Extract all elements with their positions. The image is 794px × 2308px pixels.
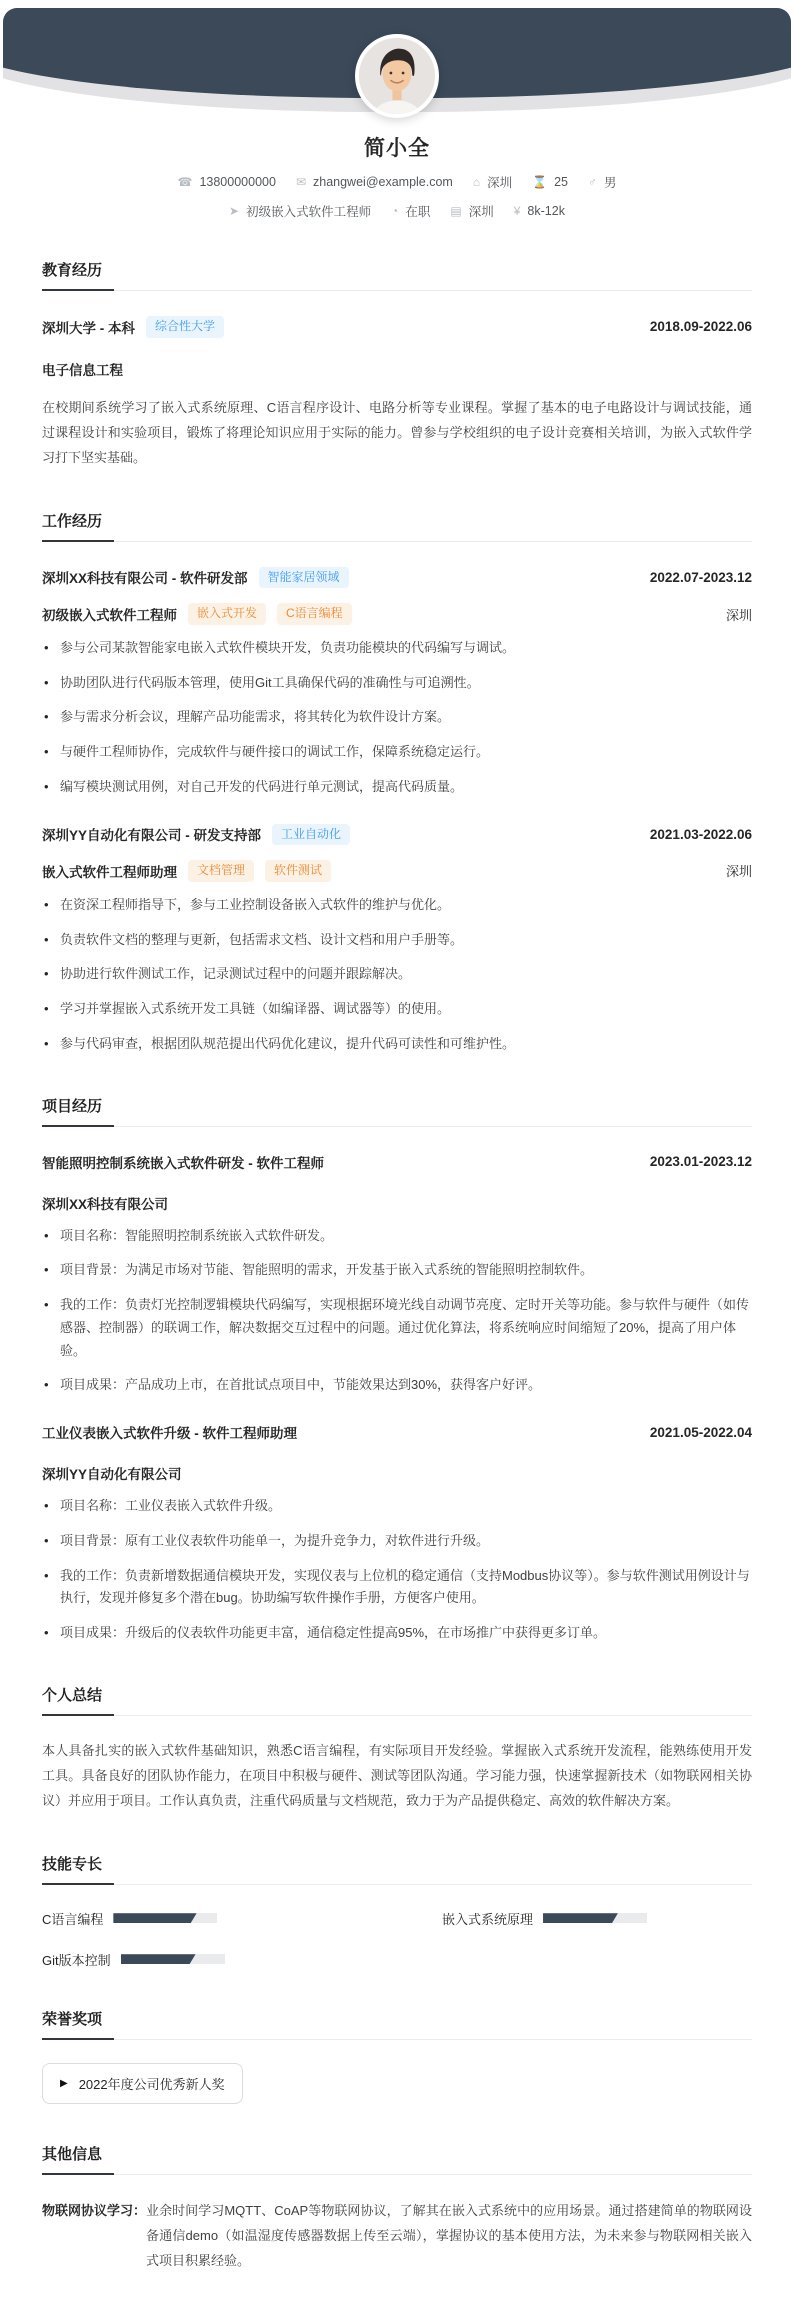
skill-item-c: C语言编程 bbox=[42, 1909, 352, 1928]
home-icon: ⌂ bbox=[473, 176, 480, 188]
avatar-illustration bbox=[359, 38, 435, 114]
work-entry-2: 深圳YY自动化有限公司 - 研发支持部 工业自动化 2021.03-2022.0… bbox=[42, 824, 752, 1056]
section-title-work: 工作经历 bbox=[42, 505, 752, 542]
education-description: 在校期间系统学习了嵌入式系统原理、C语言程序设计、电路分析等专业课程。掌握了基本… bbox=[42, 395, 752, 471]
contact-email-value: zhangwei@example.com bbox=[313, 175, 453, 189]
mail-icon: ✉ bbox=[296, 176, 306, 188]
skill-tag: C语言编程 bbox=[277, 603, 352, 625]
contact-phone: ☎ 13800000000 bbox=[178, 175, 276, 189]
age-icon: ⌛ bbox=[532, 176, 547, 188]
project-title: 工业仪表嵌入式软件升级 - 软件工程师助理 bbox=[42, 1422, 297, 1442]
section-title-honors: 荣誉奖项 bbox=[42, 2003, 752, 2040]
resume-header: 简小全 ☎ 13800000000 ✉ zhangwei@example.com… bbox=[0, 8, 794, 220]
skill-label: 嵌入式系统原理 bbox=[442, 1909, 533, 1928]
work-bullets: 参与公司某款智能家电嵌入式软件模块开发，负责功能模块的代码编写与调试。 协助团队… bbox=[42, 637, 752, 799]
work-bullet: 学习并掌握嵌入式系统开发工具链（如编译器、调试器等）的使用。 bbox=[42, 998, 752, 1021]
work-bullet: 协助团队进行代码版本管理，使用Git工具确保代码的准确性与可追溯性。 bbox=[42, 672, 752, 695]
section-summary: 个人总结 本人具备扎实的嵌入式软件基础知识，熟悉C语言编程，有实际项目开发经验。… bbox=[42, 1679, 752, 1814]
skill-bar-fill bbox=[113, 1913, 196, 1923]
work-bullet: 参与公司某款智能家电嵌入式软件模块开发，负责功能模块的代码编写与调试。 bbox=[42, 637, 752, 660]
education-major: 电子信息工程 bbox=[42, 359, 752, 379]
project-entry-2: 工业仪表嵌入式软件升级 - 软件工程师助理 2021.05-2022.04 深圳… bbox=[42, 1422, 752, 1645]
work-bullet: 编写模块测试用例，对自己开发的代码进行单元测试，提高代码质量。 bbox=[42, 776, 752, 799]
work-bullet: 协助进行软件测试工作，记录测试过程中的问题并跟踪解决。 bbox=[42, 963, 752, 986]
section-title-text: 项目经历 bbox=[42, 1095, 114, 1127]
resume-body: 教育经历 深圳大学 - 本科 综合性大学 2018.09-2022.06 电子信… bbox=[0, 254, 794, 2308]
education-entry: 深圳大学 - 本科 综合性大学 2018.09-2022.06 电子信息工程 在… bbox=[42, 316, 752, 471]
section-projects: 项目经历 智能照明控制系统嵌入式软件研发 - 软件工程师 2023.01-202… bbox=[42, 1090, 752, 1645]
skill-bar-track bbox=[113, 1913, 217, 1923]
intended-city: ▤ 深圳 bbox=[450, 202, 493, 220]
section-education: 教育经历 深圳大学 - 本科 综合性大学 2018.09-2022.06 电子信… bbox=[42, 254, 752, 471]
project-bullet: 项目成果：升级后的仪表软件功能更丰富，通信稳定性提高95%，在市场推广中获得更多… bbox=[42, 1622, 752, 1645]
project-entry-1: 智能照明控制系统嵌入式软件研发 - 软件工程师 2023.01-2023.12 … bbox=[42, 1152, 752, 1398]
contact-email: ✉ zhangwei@example.com bbox=[296, 175, 453, 189]
summary-text: 本人具备扎实的嵌入式软件基础知识，熟悉C语言编程，有实际项目开发经验。掌握嵌入式… bbox=[42, 1738, 752, 1814]
work-bullet: 参与代码审查，根据团队规范提出代码优化建议，提升代码可读性和可维护性。 bbox=[42, 1033, 752, 1056]
contact-gender-value: 男 bbox=[604, 173, 617, 191]
contact-gender: ♂ 男 bbox=[588, 173, 617, 191]
project-bullet: 项目名称：智能照明控制系统嵌入式软件研发。 bbox=[42, 1225, 752, 1248]
skill-bar-fill bbox=[543, 1913, 618, 1923]
project-date: 2023.01-2023.12 bbox=[650, 1154, 752, 1169]
work-date: 2021.03-2022.06 bbox=[650, 827, 752, 842]
work-bullet: 参与需求分析会议，理解产品功能需求，将其转化为软件设计方案。 bbox=[42, 706, 752, 729]
expected-salary-value: 8k-12k bbox=[527, 204, 565, 218]
work-bullet: 负责软件文档的整理与更新，包括需求文档、设计文档和用户手册等。 bbox=[42, 929, 752, 952]
section-title-education: 教育经历 bbox=[42, 254, 752, 291]
skill-label: C语言编程 bbox=[42, 1909, 103, 1928]
section-title-summary: 个人总结 bbox=[42, 1679, 752, 1716]
project-bullet: 项目背景：为满足市场对节能、智能照明的需求，开发基于嵌入式系统的智能照明控制软件… bbox=[42, 1259, 752, 1282]
contact-location-value: 深圳 bbox=[487, 173, 512, 191]
job-intention: ➤ 初级嵌入式软件工程师 bbox=[229, 202, 371, 220]
work-entry-1: 深圳XX科技有限公司 - 软件研发部 智能家居领域 2022.07-2023.1… bbox=[42, 567, 752, 799]
school-badge: 综合性大学 bbox=[146, 316, 224, 338]
skill-item-embedded: 嵌入式系统原理 bbox=[442, 1909, 752, 1928]
section-work: 工作经历 深圳XX科技有限公司 - 软件研发部 智能家居领域 2022.07-2… bbox=[42, 505, 752, 1056]
work-bullet: 在资深工程师指导下，参与工业控制设备嵌入式软件的维护与优化。 bbox=[42, 894, 752, 917]
industry-badge: 工业自动化 bbox=[272, 824, 350, 846]
contact-row-1: ☎ 13800000000 ✉ zhangwei@example.com ⌂ 深… bbox=[0, 173, 794, 191]
industry-badge: 智能家居领域 bbox=[259, 567, 349, 589]
other-info-row: 物联网协议学习： 业余时间学习MQTT、CoAP等物联网协议，了解其在嵌入式系统… bbox=[42, 2198, 752, 2274]
school-name: 深圳大学 - 本科 bbox=[42, 317, 135, 337]
work-location: 深圳 bbox=[726, 605, 752, 624]
section-title-other: 其他信息 bbox=[42, 2138, 752, 2175]
skill-bar-track bbox=[121, 1954, 225, 1964]
contact-age: ⌛ 25 bbox=[532, 175, 568, 189]
section-title-text: 荣誉奖项 bbox=[42, 2008, 114, 2040]
skill-tag: 软件测试 bbox=[265, 860, 331, 882]
honor-text: 2022年度公司优秀新人奖 bbox=[79, 2074, 225, 2093]
section-skills: 技能专长 C语言编程 嵌入式系统原理 Git版本控制 bbox=[42, 1848, 752, 1969]
skill-bar-track bbox=[543, 1913, 647, 1923]
project-title: 智能照明控制系统嵌入式软件研发 - 软件工程师 bbox=[42, 1152, 324, 1172]
skill-tag: 嵌入式开发 bbox=[188, 603, 266, 625]
project-company: 深圳YY自动化有限公司 bbox=[42, 1463, 752, 1483]
company-name: 深圳XX科技有限公司 - 软件研发部 bbox=[42, 567, 248, 587]
section-title-projects: 项目经历 bbox=[42, 1090, 752, 1127]
project-bullet: 项目名称：工业仪表嵌入式软件升级。 bbox=[42, 1495, 752, 1518]
project-bullets: 项目名称：智能照明控制系统嵌入式软件研发。 项目背景：为满足市场对节能、智能照明… bbox=[42, 1225, 752, 1398]
contact-age-value: 25 bbox=[554, 175, 568, 189]
skill-item-git: Git版本控制 bbox=[42, 1950, 352, 1969]
work-location: 深圳 bbox=[726, 861, 752, 880]
contact-location: ⌂ 深圳 bbox=[473, 173, 512, 191]
project-bullets: 项目名称：工业仪表嵌入式软件升级。 项目背景：原有工业仪表软件功能单一，为提升竞… bbox=[42, 1495, 752, 1645]
paper-plane-icon: ➤ bbox=[229, 205, 239, 217]
intended-city-value: 深圳 bbox=[469, 202, 494, 220]
section-title-skills: 技能专长 bbox=[42, 1848, 752, 1885]
section-title-text: 技能专长 bbox=[42, 1853, 114, 1885]
status-icon: ◔ bbox=[391, 205, 398, 217]
section-title-text: 个人总结 bbox=[42, 1684, 114, 1716]
gender-icon: ♂ bbox=[588, 176, 597, 188]
phone-icon: ☎ bbox=[178, 176, 193, 188]
company-name: 深圳YY自动化有限公司 - 研发支持部 bbox=[42, 824, 261, 844]
project-date: 2021.05-2022.04 bbox=[650, 1425, 752, 1440]
section-title-text: 教育经历 bbox=[42, 259, 114, 291]
resume-page: 简小全 ☎ 13800000000 ✉ zhangwei@example.com… bbox=[0, 8, 794, 2308]
project-bullet: 项目成果：产品成功上市，在首批试点项目中，节能效果达到30%，获得客户好评。 bbox=[42, 1374, 752, 1397]
education-date: 2018.09-2022.06 bbox=[650, 319, 752, 334]
expected-salary: ¥ 8k-12k bbox=[514, 204, 565, 218]
contact-row-2: ➤ 初级嵌入式软件工程师 ◔ 在职 ▤ 深圳 ¥ 8k-12k bbox=[0, 202, 794, 220]
building-icon: ▤ bbox=[450, 205, 461, 217]
candidate-name: 简小全 bbox=[0, 132, 794, 162]
project-company: 深圳XX科技有限公司 bbox=[42, 1193, 752, 1213]
project-bullet: 项目背景：原有工业仪表软件功能单一，为提升竞争力，对软件进行升级。 bbox=[42, 1530, 752, 1553]
play-icon: ▶ bbox=[60, 2078, 68, 2089]
job-status-value: 在职 bbox=[405, 202, 430, 220]
project-bullet: 我的工作：负责灯光控制逻辑模块代码编写，实现根据环境光线自动调节亮度、定时开关等… bbox=[42, 1294, 752, 1362]
skill-label: Git版本控制 bbox=[42, 1950, 111, 1969]
skill-tag: 文档管理 bbox=[188, 860, 254, 882]
skill-list: C语言编程 嵌入式系统原理 Git版本控制 bbox=[42, 1909, 752, 1969]
work-date: 2022.07-2023.12 bbox=[650, 570, 752, 585]
project-bullet: 我的工作：负责新增数据通信模块开发，实现仪表与上位机的稳定通信（支持Modbus… bbox=[42, 1565, 752, 1611]
work-bullets: 在资深工程师指导下，参与工业控制设备嵌入式软件的维护与优化。 负责软件文档的整理… bbox=[42, 894, 752, 1056]
salary-icon: ¥ bbox=[514, 205, 521, 217]
job-status: ◔ 在职 bbox=[391, 202, 430, 220]
section-title-text: 其他信息 bbox=[42, 2143, 114, 2175]
other-info-text: 业余时间学习MQTT、CoAP等物联网协议，了解其在嵌入式系统中的应用场景。通过… bbox=[146, 2198, 752, 2274]
contact-phone-value: 13800000000 bbox=[199, 175, 275, 189]
section-other: 其他信息 物联网协议学习： 业余时间学习MQTT、CoAP等物联网协议，了解其在… bbox=[42, 2138, 752, 2274]
skill-bar-fill bbox=[121, 1954, 196, 1964]
job-intention-value: 初级嵌入式软件工程师 bbox=[246, 202, 371, 220]
other-info-label: 物联网协议学习： bbox=[42, 2198, 146, 2274]
job-title: 初级嵌入式软件工程师 bbox=[42, 604, 177, 624]
avatar bbox=[355, 34, 439, 118]
section-title-text: 工作经历 bbox=[42, 510, 114, 542]
work-bullet: 与硬件工程师协作，完成软件与硬件接口的调试工作，保障系统稳定运行。 bbox=[42, 741, 752, 764]
job-title: 嵌入式软件工程师助理 bbox=[42, 861, 177, 881]
honor-item[interactable]: ▶ 2022年度公司优秀新人奖 bbox=[42, 2063, 243, 2104]
section-honors: 荣誉奖项 ▶ 2022年度公司优秀新人奖 bbox=[42, 2003, 752, 2104]
